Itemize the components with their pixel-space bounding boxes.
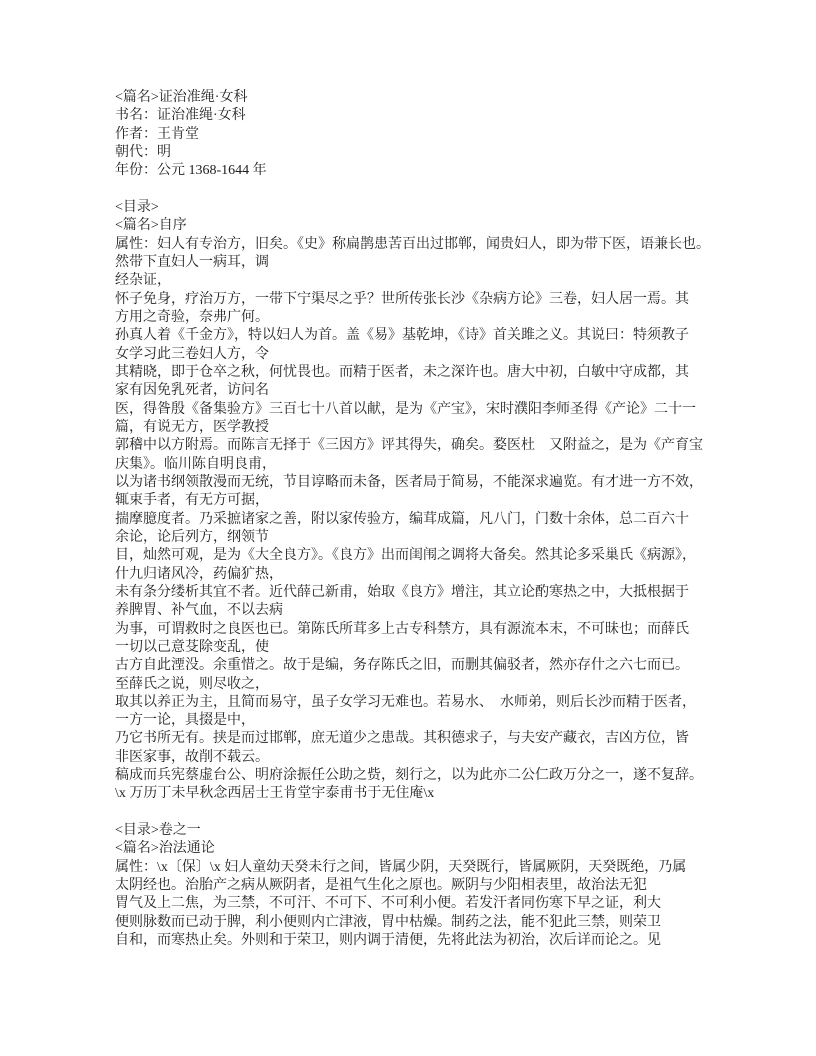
text-line: <篇名>证治准绳·女科 bbox=[115, 89, 775, 107]
section-preface: <目录><篇名>自序属性：妇人有专治方，旧矣。《史》称扁鹊患苦百出过邯郸，闻贵妇… bbox=[115, 199, 775, 804]
text-line: 自和，而寒热止矣。外则和于荣卫，则内调于清便，先将此法为初治，次后详而论之。见 bbox=[115, 932, 775, 950]
text-line: 怀子免身，疗治万方，一带下宁渠尽之乎？世所传张长沙《杂病方论》三卷，妇人居一焉。… bbox=[115, 291, 775, 309]
text-line: 辄束手者，有无方可据， bbox=[115, 492, 775, 510]
text-line: 经杂证， bbox=[115, 272, 775, 290]
text-line: 取其以养正为主，且简而易守，虽子女学习无难也。若易水、 水师弟，则后长沙而精于医… bbox=[115, 694, 775, 712]
text-line: 古方自此湮没。余重惜之。故于是编，务存陈氏之旧，而删其偏驳者，然亦存什之六七而已… bbox=[115, 657, 775, 675]
text-line: <篇名>自序 bbox=[115, 217, 775, 235]
text-line: <目录>卷之一 bbox=[115, 822, 775, 840]
text-line: <目录> bbox=[115, 199, 775, 217]
text-line: 胃气及上二焦，为三禁，不可汗、不可下、不可利小便。若发汗者同伤寒下早之证，利大 bbox=[115, 895, 775, 913]
text-line: 书名：证治准绳·女科 bbox=[115, 107, 775, 125]
text-line: 然带下直妇人一病耳，调 bbox=[115, 254, 775, 272]
text-line: 稿成而兵宪蔡虚台公、明府涂振任公助之赀，刻行之，以为此亦二公仁政万分之一，遂不复… bbox=[115, 767, 775, 785]
text-line: 余论，论后列方，纲领节 bbox=[115, 529, 775, 547]
text-line: 方用之奇验，奈弗广何。 bbox=[115, 309, 775, 327]
section-metadata: <篇名>证治准绳·女科书名：证治准绳·女科作者：王肯堂朝代：明年份：公元 136… bbox=[115, 89, 775, 181]
text-line: 其精晓，即于仓卒之秋，何忧畏也。而精于医者，未之深许也。唐大中初，白敏中守成都，… bbox=[115, 364, 775, 382]
text-line: 朝代：明 bbox=[115, 144, 775, 162]
text-line: 以为诸书纲领散漫而无统，节目谆略而未备，医者局于简易，不能深求遍览。有才进一方不… bbox=[115, 474, 775, 492]
text-line: 医，得昝殷《备集验方》三百七十八首以献，是为《产宝》，宋时濮阳李师圣得《产论》二… bbox=[115, 401, 775, 419]
text-line: 为事，可谓救时之良医也已。第陈氏所茸多上古专科禁方，具有源流本末，不可昧也；而薛… bbox=[115, 621, 775, 639]
text-line: 揣摩臆度者。乃采摭诸家之善，附以家传验方，编茸成篇，凡八门，门数十余体，总二百六… bbox=[115, 511, 775, 529]
text-line: 家有因免乳死者，访问名 bbox=[115, 382, 775, 400]
text-line: 庆集》。临川陈自明良甫， bbox=[115, 456, 775, 474]
text-line: 非医家事，故削不载云。 bbox=[115, 749, 775, 767]
text-line: 女学习此三卷妇人方，令 bbox=[115, 346, 775, 364]
text-line: 至薛氏之说，则尽收之， bbox=[115, 676, 775, 694]
text-document: <篇名>证治准绳·女科书名：证治准绳·女科作者：王肯堂朝代：明年份：公元 136… bbox=[115, 89, 775, 950]
text-line: 一切以己意芟除变乱，使 bbox=[115, 639, 775, 657]
text-line: 目，灿然可观，是为《大全良方》。《良方》出而闺闱之调将大备矣。然其论多采巢氏《病… bbox=[115, 547, 775, 565]
text-line: 孙真人着《千金方》，特以妇人为首。盖《易》基乾坤，《诗》首关雎之义。其说曰：特须… bbox=[115, 327, 775, 345]
text-line: 一方一论，具掇是中， bbox=[115, 712, 775, 730]
document-page: { "page": { "background": "#ffffff", "te… bbox=[0, 0, 816, 1056]
text-line: 便则脉数而已动于脾，利小便则内亡津液，胃中枯燥。制药之法，能不犯此三禁，则荣卫 bbox=[115, 914, 775, 932]
text-line: 作者：王肯堂 bbox=[115, 126, 775, 144]
section-volume1: <目录>卷之一<篇名>治法通论属性：\x〔保〕\x 妇人童幼天癸未行之间，皆属少… bbox=[115, 822, 775, 950]
text-line: <篇名>治法通论 bbox=[115, 840, 775, 858]
text-line: 属性：妇人有专治方，旧矣。《史》称扁鹊患苦百出过邯郸，闻贵妇人，即为带下医，语兼… bbox=[115, 236, 775, 254]
text-line: 篇，有说无方，医学教授 bbox=[115, 419, 775, 437]
text-line: 太阴经也。治胎产之病从厥阴者，是祖气生化之原也。厥阴与少阳相表里，故治法无犯 bbox=[115, 877, 775, 895]
text-line: 属性：\x〔保〕\x 妇人童幼天癸未行之间，皆属少阴，天癸既行，皆属厥阴，天癸既… bbox=[115, 859, 775, 877]
text-line: 什九归诸风冷，药偏犷热， bbox=[115, 566, 775, 584]
text-line: \x 万历丁未早秋念西居士王肯堂宇泰甫书于无住庵\x bbox=[115, 785, 775, 803]
text-line: 乃它书所无有。挟是而过邯郸，庶无道少之患哉。其积德求子，与夫安产藏衣，吉凶方位，… bbox=[115, 730, 775, 748]
text-line: 养脾胃、补气血，不以去病 bbox=[115, 602, 775, 620]
text-line: 郭稽中以方附焉。而陈言无择于《三因方》评其得失，确矣。婺医杜 又附益之，是为《产… bbox=[115, 437, 775, 455]
text-line: 未有条分缕析其宜不者。近代薛己新甫，始取《良方》增注，其立论酌寒热之中，大抵根据… bbox=[115, 584, 775, 602]
text-line: 年份：公元 1368-1644 年 bbox=[115, 162, 775, 180]
